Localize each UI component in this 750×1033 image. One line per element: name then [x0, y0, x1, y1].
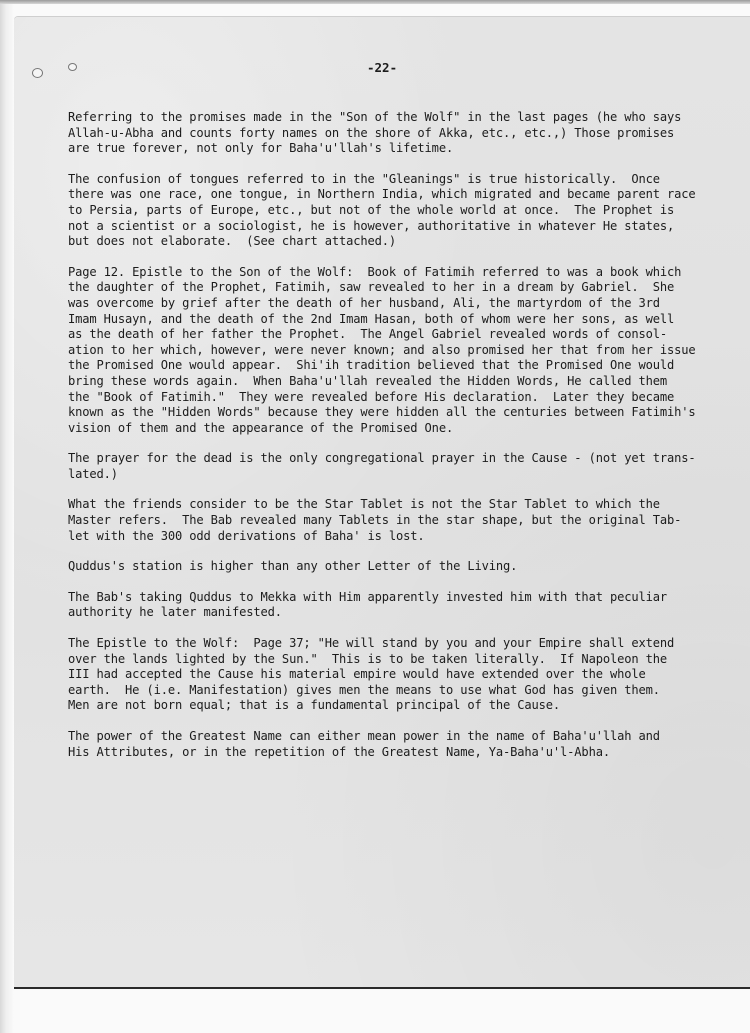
paragraph-quddus-mekka: The Bab's taking Quddus to Mekka with Hi…	[68, 590, 748, 621]
text-line: earth. He (i.e. Manifestation) gives men…	[68, 683, 748, 699]
text-line: The prayer for the dead is the only cong…	[68, 451, 748, 467]
text-line: His Attributes, or in the repetition of …	[68, 745, 748, 761]
text-line: The power of the Greatest Name can eithe…	[68, 729, 748, 745]
paragraph-quddus-station: Quddus's station is higher than any othe…	[68, 559, 748, 575]
text-line: not a scientist or a sociologist, he is …	[68, 219, 748, 235]
text-line: Master refers. The Bab revealed many Tab…	[68, 513, 748, 529]
text-line: authority he later manifested.	[68, 605, 748, 621]
text-line: Referring to the promises made in the "S…	[68, 110, 748, 126]
text-line: The Bab's taking Quddus to Mekka with Hi…	[68, 590, 748, 606]
text-line: III had accepted the Cause his material …	[68, 667, 748, 683]
text-line: Men are not born equal; that is a fundam…	[68, 698, 748, 714]
paragraph-book-of-fatimih: Page 12. Epistle to the Son of the Wolf:…	[68, 265, 748, 437]
text-line: What the friends consider to be the Star…	[68, 497, 748, 513]
text-line: known as the "Hidden Words" because they…	[68, 405, 748, 421]
text-line: Quddus's station is higher than any othe…	[68, 559, 748, 575]
text-line: Page 12. Epistle to the Son of the Wolf:…	[68, 265, 748, 281]
paragraph-star-tablet: What the friends consider to be the Star…	[68, 497, 748, 544]
page-number: -22-	[367, 60, 397, 75]
paragraph-epistle-napoleon: The Epistle to the Wolf: Page 37; "He wi…	[68, 636, 748, 714]
document-body: Referring to the promises made in the "S…	[68, 110, 748, 775]
text-line: The Epistle to the Wolf: Page 37; "He wi…	[68, 636, 748, 652]
text-line: are true forever, not only for Baha'u'll…	[68, 141, 748, 157]
text-line: the daughter of the Prophet, Fatimih, sa…	[68, 280, 748, 296]
text-line: Allah-u-Abha and counts forty names on t…	[68, 126, 748, 142]
text-line: there was one race, one tongue, in North…	[68, 187, 748, 203]
paragraph-promises: Referring to the promises made in the "S…	[68, 110, 748, 157]
text-line: was overcome by grief after the death of…	[68, 296, 748, 312]
punch-hole-mark	[32, 68, 43, 78]
text-line: lated.)	[68, 467, 748, 483]
text-line: bring these words again. When Baha'u'lla…	[68, 374, 748, 390]
paragraph-confusion-of-tongues: The confusion of tongues referred to in …	[68, 172, 748, 250]
text-line: Imam Husayn, and the death of the 2nd Im…	[68, 312, 748, 328]
punch-hole-mark	[68, 63, 77, 71]
text-line: over the lands lighted by the Sun." This…	[68, 652, 748, 668]
paragraph-prayer-for-dead: The prayer for the dead is the only cong…	[68, 451, 748, 482]
scanner-top-edge	[0, 0, 750, 4]
text-line: but does not elaborate. (See chart attac…	[68, 234, 748, 250]
text-line: as the death of her father the Prophet. …	[68, 327, 748, 343]
text-line: vision of them and the appearance of the…	[68, 421, 748, 437]
paragraph-greatest-name: The power of the Greatest Name can eithe…	[68, 729, 748, 760]
text-line: to Persia, parts of Europe, etc., but no…	[68, 203, 748, 219]
text-line: The confusion of tongues referred to in …	[68, 172, 748, 188]
text-line: ation to her which, however, were never …	[68, 343, 748, 359]
text-line: let with the 300 odd derivations of Baha…	[68, 529, 748, 545]
text-line: the Promised One would appear. Shi'ih tr…	[68, 358, 748, 374]
text-line: the "Book of Fatimih." They were reveale…	[68, 390, 748, 406]
